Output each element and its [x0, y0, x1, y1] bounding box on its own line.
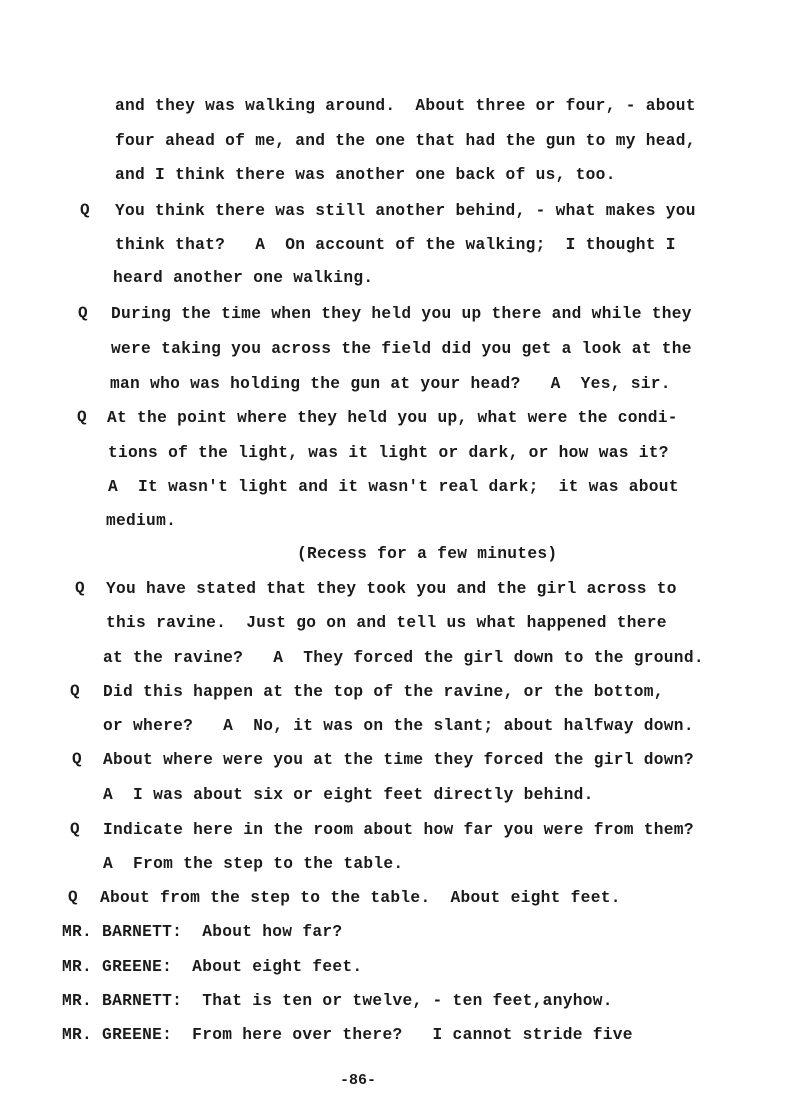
recess-note: (Recess for a few minutes) — [297, 544, 557, 564]
transcript-line: About from the step to the table. About … — [100, 888, 621, 908]
transcript-line: A It wasn't light and it wasn't real dar… — [108, 477, 679, 497]
transcript-line: MR. BARNETT: That is ten or twelve, - te… — [62, 991, 613, 1011]
transcript-line: You think there was still another behind… — [115, 201, 696, 221]
question-marker: Q — [78, 304, 88, 322]
transcript-line: man who was holding the gun at your head… — [110, 374, 671, 394]
transcript-line: medium. — [106, 511, 176, 531]
transcript-line: MR. BARNETT: About how far? — [62, 922, 342, 942]
transcript-line: MR. GREENE: From here over there? I cann… — [62, 1025, 633, 1045]
question-marker: Q — [70, 820, 80, 838]
transcript-line: A From the step to the table. — [103, 854, 403, 874]
transcript-line: At the point where they held you up, wha… — [107, 408, 678, 428]
transcript-line: During the time when they held you up th… — [111, 304, 692, 324]
transcript-line: Did this happen at the top of the ravine… — [103, 682, 664, 702]
question-marker: Q — [68, 888, 78, 906]
transcript-line: four ahead of me, and the one that had t… — [115, 131, 696, 151]
transcript-line: tions of the light, was it light or dark… — [108, 443, 669, 463]
transcript-line: were taking you across the field did you… — [111, 339, 692, 359]
transcript-page: and they was walking around. About three… — [0, 0, 800, 1115]
transcript-line: and I think there was another one back o… — [115, 165, 616, 185]
transcript-line: this ravine. Just go on and tell us what… — [106, 613, 667, 633]
transcript-line: think that? A On account of the walking;… — [115, 235, 676, 255]
question-marker: Q — [77, 408, 87, 426]
question-marker: Q — [80, 201, 90, 219]
page-number: -86- — [340, 1072, 376, 1089]
transcript-line: or where? A No, it was on the slant; abo… — [103, 716, 694, 736]
question-marker: Q — [75, 579, 85, 597]
transcript-line: Indicate here in the room about how far … — [103, 820, 694, 840]
question-marker: Q — [70, 682, 80, 700]
question-marker: Q — [72, 750, 82, 768]
transcript-line: at the ravine? A They forced the girl do… — [103, 648, 704, 668]
transcript-line: and they was walking around. About three… — [115, 96, 696, 116]
transcript-line: About where were you at the time they fo… — [103, 750, 694, 770]
transcript-line: heard another one walking. — [113, 268, 373, 288]
transcript-line: MR. GREENE: About eight feet. — [62, 957, 362, 977]
transcript-line: A I was about six or eight feet directly… — [103, 785, 594, 805]
transcript-line: You have stated that they took you and t… — [106, 579, 677, 599]
